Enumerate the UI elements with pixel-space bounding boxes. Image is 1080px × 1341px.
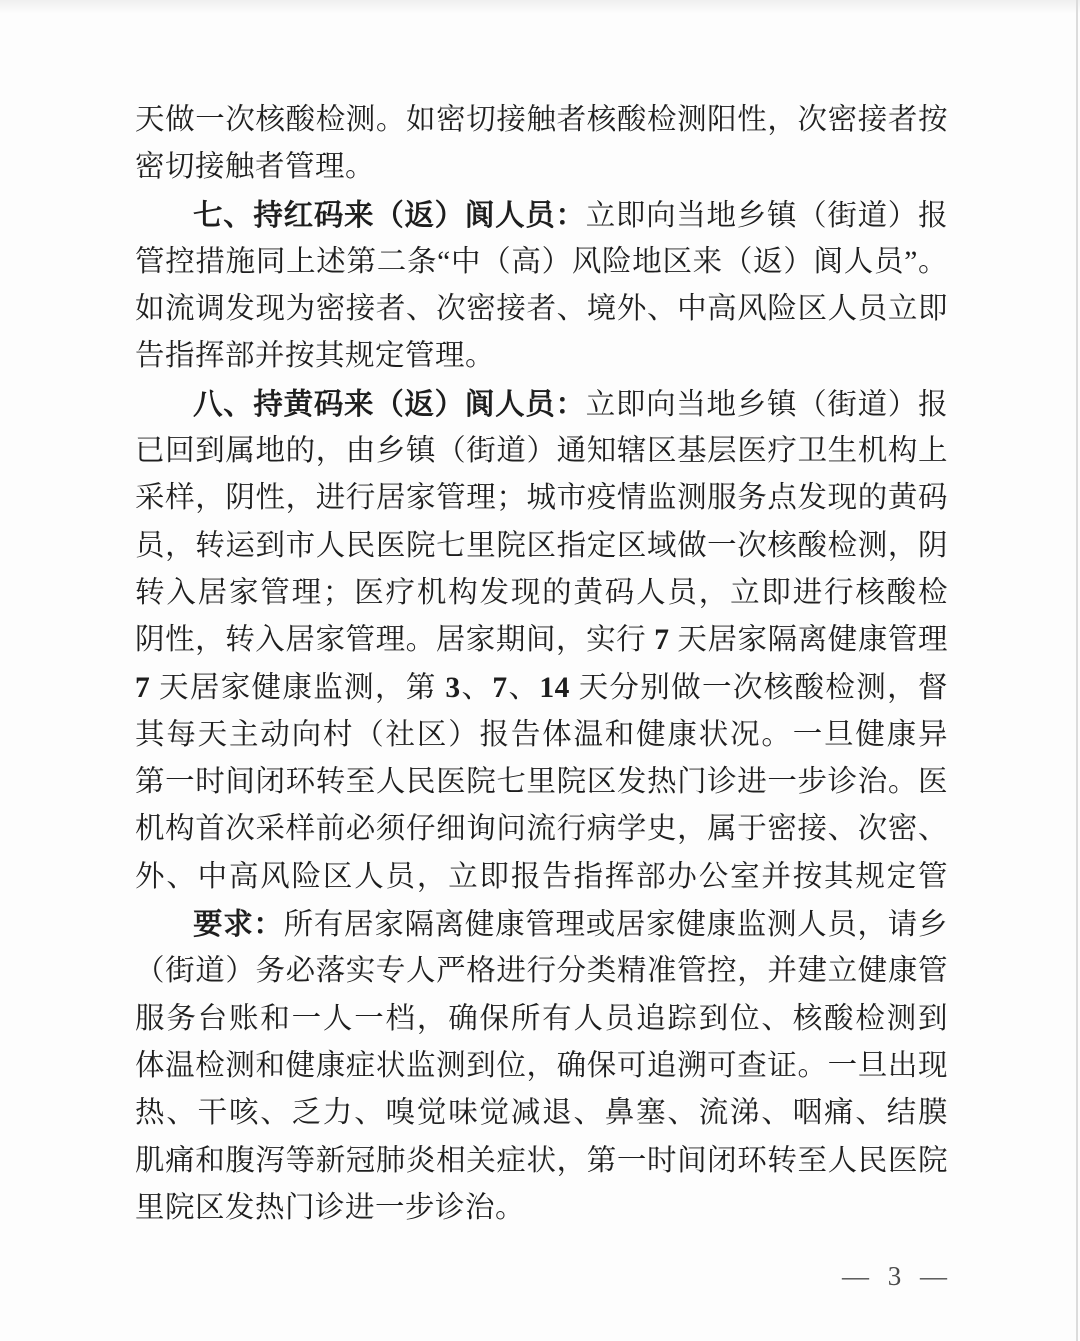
text-segment: 采样，阴性，进行居家管理；城市疫情监测服务点发现的黄码人: [135, 482, 948, 522]
text-segment: 管控措施同上述第二条“中（高）风险地区来（返）阆人员”。: [135, 246, 948, 278]
bold-number-segment: 7: [654, 624, 669, 656]
text-line: （街道）务必落实专人严格进行分类精准管控，并建立健康管理: [135, 948, 948, 995]
page-number: — 3 —: [840, 1261, 950, 1292]
heading-segment: 七、持红码来（返）阆人员：: [193, 199, 586, 232]
text-segment: 其每天主动向村（社区）报告体温和健康状况。一旦健康异常，: [135, 719, 948, 759]
text-line: 要求：所有居家隔离健康管理或居家健康监测人员，请乡镇: [135, 901, 948, 948]
text-segment: 体温检测和健康症状监测到位，确保可追溯可查证。一旦出现发: [135, 1050, 948, 1090]
text-segment: 、: [461, 672, 493, 704]
text-segment: 第一时间闭环转至人民医院七里院区发热门诊进一步诊治。医疗: [135, 766, 948, 806]
text-segment: 告指挥部并按其规定管理。: [135, 340, 495, 372]
text-segment: 机构首次采样前必须仔细询问流行病学史，属于密接、次密、境: [135, 813, 948, 853]
text-segment: 热、干咳、乏力、嗅觉味觉减退、鼻塞、流涕、咽痛、结膜炎、: [135, 1097, 948, 1137]
text-segment: 转入居家管理；医疗机构发现的黄码人员，立即进行核酸检测，: [135, 577, 948, 617]
heading-segment: 要求：: [193, 908, 284, 941]
text-line: 告指挥部并按其规定管理。: [135, 333, 948, 380]
text-line: 阴性，转入居家管理。居家期间，实行 7 天居家隔离健康管理和: [135, 617, 948, 664]
text-line: 热、干咳、乏力、嗅觉味觉减退、鼻塞、流涕、咽痛、结膜炎、: [135, 1090, 948, 1137]
text-line: 机构首次采样前必须仔细询问流行病学史，属于密接、次密、境: [135, 806, 948, 853]
text-line: 服务台账和一人一档，确保所有人员追踪到位、核酸检测到位、: [135, 996, 948, 1043]
text-line: 管控措施同上述第二条“中（高）风险地区来（返）阆人员”。: [135, 239, 948, 286]
text-line: 员，转运到市人民医院七里院区指定区域做一次核酸检测，阴性，: [135, 523, 948, 570]
text-line: 里院区发热门诊进一步诊治。: [135, 1185, 948, 1232]
text-segment: 密切接触者管理。: [135, 151, 375, 183]
text-segment: 外、中高风险区人员，立即报告指挥部办公室并按其规定管理。: [135, 861, 948, 901]
text-line: 天做一次核酸检测。如密切接触者核酸检测阳性，次密接者按照: [135, 97, 948, 144]
text-line: 已回到属地的，由乡镇（街道）通知辖区基层医疗卫生机构上门: [135, 428, 948, 475]
text-line: 八、持黄码来（返）阆人员：立即向当地乡镇（街道）报告，: [135, 381, 948, 428]
text-line: 密切接触者管理。: [135, 144, 948, 191]
text-line: 转入居家管理；医疗机构发现的黄码人员，立即进行核酸检测，: [135, 570, 948, 617]
scrollbar-track[interactable]: [1060, 0, 1080, 1341]
text-segment: 员，转运到市人民医院七里院区指定区域做一次核酸检测，阴性，: [135, 530, 948, 570]
text-segment: 服务台账和一人一档，确保所有人员追踪到位、核酸检测到位、: [135, 1003, 948, 1043]
text-line: 7 天居家健康监测，第 3、7、14 天分别做一次核酸检测，督促: [135, 665, 948, 712]
text-line: 采样，阴性，进行居家管理；城市疫情监测服务点发现的黄码人: [135, 475, 948, 522]
heading-segment: 八、持黄码来（返）阆人员：: [193, 388, 586, 421]
text-segment: 里院区发热门诊进一步诊治。: [135, 1192, 525, 1224]
text-segment: （街道）务必落实专人严格进行分类精准管控，并建立健康管理: [135, 955, 948, 995]
text-segment: 已回到属地的，由乡镇（街道）通知辖区基层医疗卫生机构上门: [135, 435, 948, 475]
bold-number-segment: 14: [539, 672, 570, 704]
text-segment: 所有居家隔离健康管理或居家健康监测人员，请乡镇: [193, 909, 948, 948]
document-viewer: { "colors": { "page_bg": "#fdfdfd", "tex…: [0, 0, 1080, 1341]
text-segment: 如流调发现为密接者、次密接者、境外、中高风险区人员立即报: [135, 293, 948, 333]
text-line: 外、中高风险区人员，立即报告指挥部办公室并按其规定管理。: [135, 854, 948, 901]
text-line: 肌痛和腹泻等新冠肺炎相关症状，第一时间闭环转至人民医院七: [135, 1138, 948, 1185]
text-segment: 、: [508, 672, 540, 704]
bold-number-segment: 3: [445, 672, 460, 704]
text-line: 第一时间闭环转至人民医院七里院区发热门诊进一步诊治。医疗: [135, 759, 948, 806]
text-segment: 肌痛和腹泻等新冠肺炎相关症状，第一时间闭环转至人民医院七: [135, 1145, 948, 1185]
text-line: 七、持红码来（返）阆人员：立即向当地乡镇（街道）报告，: [135, 192, 948, 239]
text-segment: 阴性，转入居家管理。居家期间，实行: [135, 624, 654, 656]
document-body: 天做一次核酸检测。如密切接触者核酸检测阳性，次密接者按照密切接触者管理。七、持红…: [135, 97, 948, 1232]
text-segment: 天做一次核酸检测。如密切接触者核酸检测阳性，次密接者按照: [135, 104, 948, 144]
text-line: 如流调发现为密接者、次密接者、境外、中高风险区人员立即报: [135, 286, 948, 333]
text-line: 体温检测和健康症状监测到位，确保可追溯可查证。一旦出现发: [135, 1043, 948, 1090]
bold-number-segment: 7: [135, 672, 150, 704]
page-top-shading: [0, 0, 1080, 14]
text-line: 其每天主动向村（社区）报告体温和健康状况。一旦健康异常，: [135, 712, 948, 759]
bold-number-segment: 7: [492, 672, 507, 704]
text-segment: 天居家健康监测，第: [150, 672, 445, 704]
